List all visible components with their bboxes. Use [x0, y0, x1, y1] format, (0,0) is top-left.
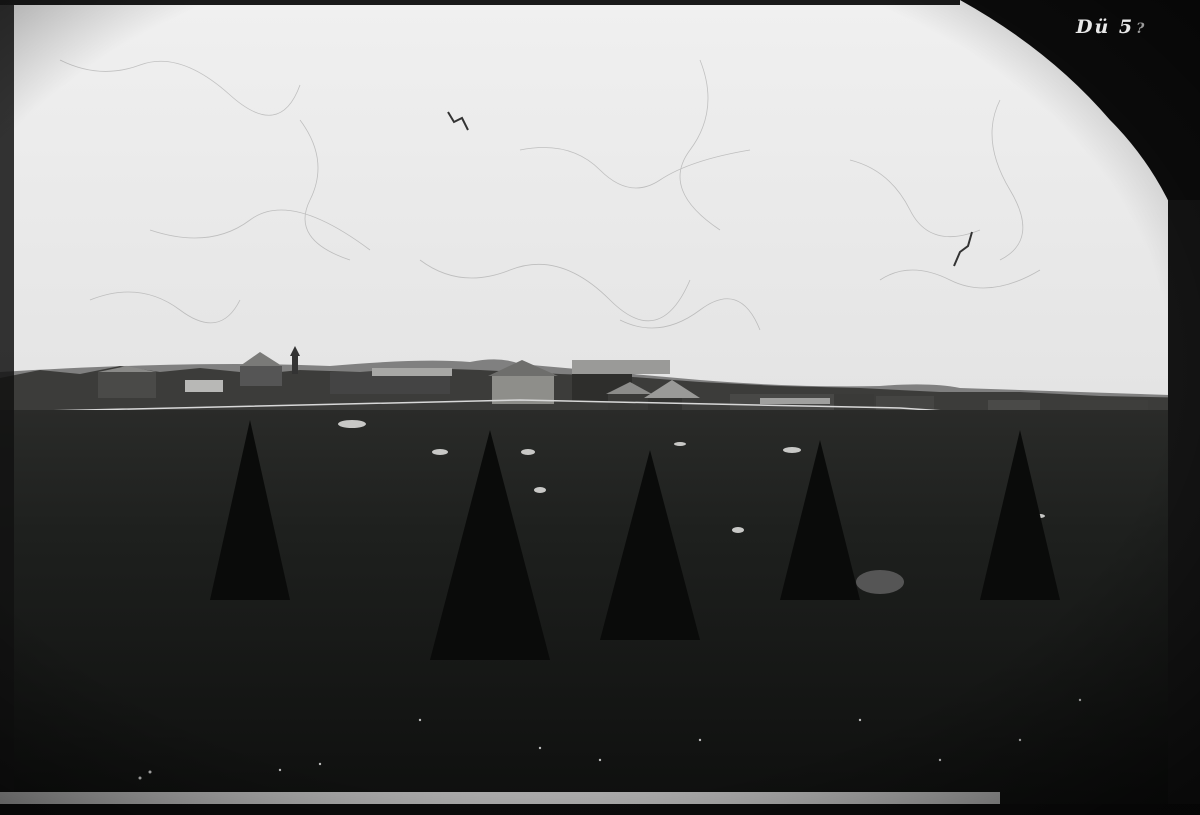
plate-inscription: Dü 5? [1076, 16, 1146, 38]
glass-plate-photograph: Dü 5? [0, 0, 1200, 815]
inscription-illegible-tail: ? [1136, 21, 1146, 37]
vignette [0, 0, 1200, 815]
inscription-text: Dü 5 [1076, 16, 1134, 38]
photo-scene [0, 0, 1200, 815]
